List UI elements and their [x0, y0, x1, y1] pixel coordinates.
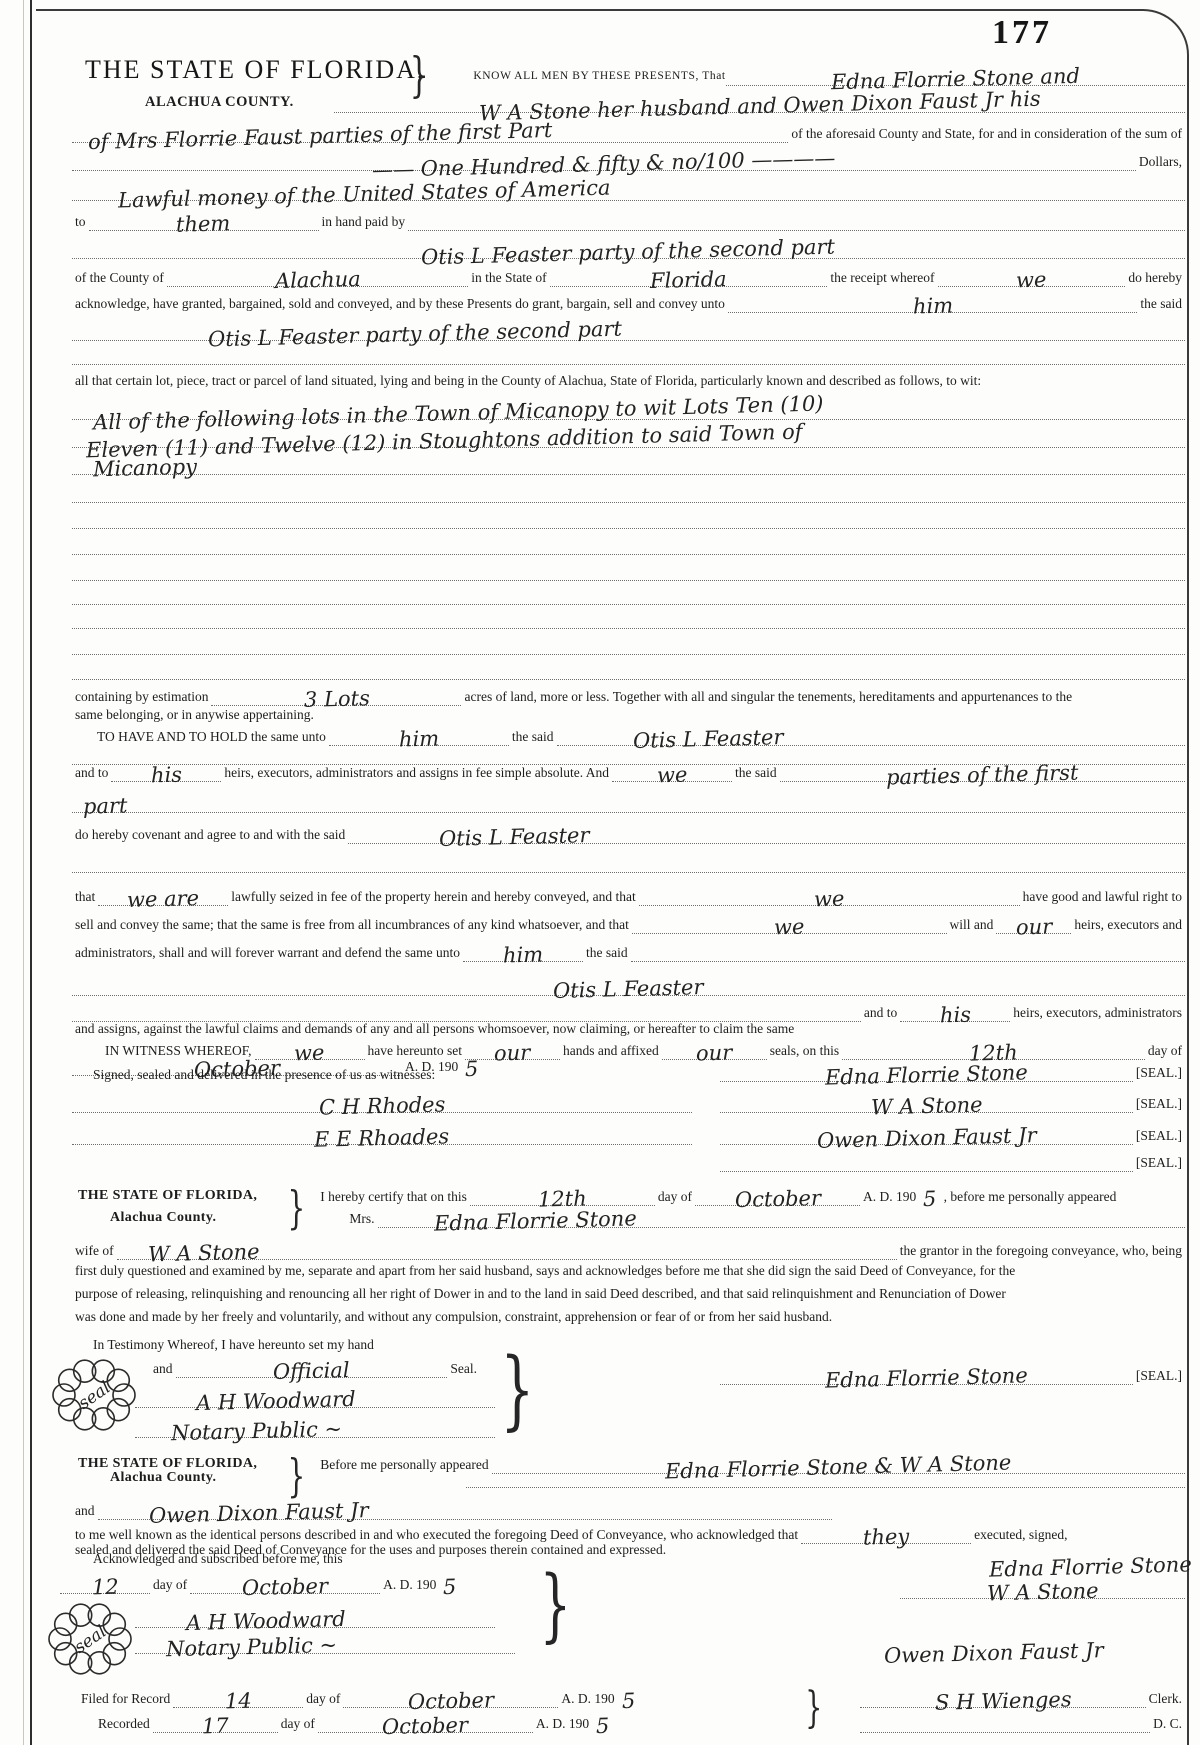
- printed-text: day of: [303, 1691, 343, 1708]
- printed-text: [SEAL.]: [1133, 1065, 1185, 1082]
- printed-text: D. C.: [1150, 1716, 1185, 1733]
- handwritten-entry-line: Notary Public ~: [135, 1421, 495, 1438]
- printed-text: in hand paid by: [319, 214, 409, 231]
- handwritten-entry-line: Micanopy: [72, 458, 1185, 475]
- form-brace: }: [540, 1556, 572, 1654]
- printed-text: Dollars,: [1136, 154, 1185, 171]
- form-line: THE STATE OF FLORIDA,KNOW ALL MEN BY THE…: [85, 48, 1185, 86]
- handwritten-entry: 5: [592, 1716, 614, 1738]
- handwritten-entry: W A Stone: [864, 1094, 988, 1118]
- handwritten-entry: W A Stone: [980, 1580, 1104, 1604]
- state-county-label: Alachua County.: [110, 1210, 216, 1228]
- form-line: Filed for Record14day ofOctoberA. D. 190…: [78, 1680, 778, 1708]
- printed-text: and: [72, 1503, 98, 1520]
- handwritten-entry-line: him: [728, 296, 1137, 313]
- form-line: Owen Dixon Faust Jr[SEAL.]: [720, 1117, 1185, 1145]
- form-line: Recorded17day ofOctoberA. D. 1905: [95, 1707, 778, 1733]
- page-number: 177: [992, 14, 1052, 52]
- form-line: Edna Florrie Stone: [985, 1550, 1185, 1574]
- form-line: [72, 652, 1185, 680]
- form-line: [72, 475, 1185, 503]
- form-line: Owen Dixon Faust Jr: [860, 1630, 1190, 1660]
- form-line: do hereby covenant and agree to and with…: [72, 816, 1185, 844]
- handwritten-entry-line: W A Stone: [117, 1243, 897, 1260]
- handwritten-entry-line: Notary Public ~: [135, 1637, 515, 1654]
- form-brace: }: [500, 1338, 534, 1443]
- form-line: wife ofW A Stonethe grantor in the foreg…: [72, 1232, 1185, 1260]
- handwritten-entry-line: October: [343, 1691, 558, 1708]
- printed-text: to: [72, 214, 89, 231]
- printed-text: Filed for Record: [78, 1691, 173, 1708]
- handwritten-entry-line: our: [996, 917, 1071, 934]
- handwritten-entry-line: of Mrs Florrie Faust parties of the firs…: [72, 126, 788, 143]
- form-line: of Mrs Florrie Faust parties of the firs…: [72, 115, 1185, 143]
- printed-text: of the aforesaid County and State, for a…: [788, 126, 1185, 143]
- handwritten-entry: 17: [196, 1715, 235, 1737]
- printed-text: Signed, sealed and delivered in the pres…: [90, 1067, 438, 1084]
- form-brace: }: [410, 46, 429, 104]
- form-line: Notary Public ~: [135, 1626, 515, 1654]
- handwritten-entry-line: them: [89, 214, 319, 231]
- state-county-label: Alachua County.: [110, 1470, 216, 1488]
- handwritten-entry-line: Owen Dixon Faust Jr: [98, 1503, 833, 1520]
- form-line: administrators, shall and will forever w…: [72, 934, 1185, 962]
- handwritten-entry-line: October: [190, 1577, 380, 1594]
- form-line: W A Stone[SEAL.]: [720, 1085, 1185, 1113]
- handwritten-entry-line: parties of the first: [780, 765, 1185, 782]
- form-line: thatwe arelawfully seized in fee of the …: [72, 878, 1185, 906]
- form-line: of the County ofAlachuain the State ofFl…: [72, 259, 1185, 287]
- form-line: Eleven (11) and Twelve (12) in Stoughton…: [72, 420, 1185, 448]
- printed-text: the grantor in the foregoing conveyance,…: [897, 1243, 1185, 1260]
- form-line: andOfficialSeal.: [150, 1350, 480, 1378]
- form-line: Signed, sealed and delivered in the pres…: [90, 1068, 650, 1084]
- printed-text: was done and made by her freely and volu…: [72, 1309, 835, 1326]
- form-line: Alachua County.: [110, 1462, 1185, 1488]
- handwritten-entry-line: Otis L Feaster: [348, 827, 1185, 844]
- handwritten-entry-line: E E Rhoades: [72, 1128, 692, 1145]
- printed-text: heirs, executors and: [1071, 917, 1185, 934]
- form-brace: }: [287, 1448, 305, 1503]
- printed-text: acknowledge, have granted, bargained, so…: [72, 296, 728, 313]
- printed-text: sell and convey the same; that the same …: [72, 917, 632, 934]
- form-line: W A Stone: [900, 1572, 1185, 1599]
- seal-scallop: [113, 1384, 135, 1406]
- handwritten-entry-line: 14: [173, 1691, 303, 1708]
- form-line: C H Rhodes: [72, 1085, 692, 1113]
- handwritten-entry-line: Otis L Feaster party of the second part: [72, 242, 1185, 259]
- form-line: [72, 527, 1185, 555]
- printed-text: administrators, shall and will forever w…: [72, 945, 463, 962]
- handwritten-entry-line: Otis L Feaster: [72, 979, 1185, 996]
- handwritten-entry-line: 12: [60, 1577, 150, 1594]
- form-line: part: [72, 785, 1185, 813]
- handwritten-entry-line: W A Stone: [900, 1582, 1185, 1599]
- binding-edge-line: [30, 0, 32, 1745]
- form-line: Micanopy: [72, 447, 1185, 475]
- printed-text: [SEAL.]: [1133, 1368, 1185, 1385]
- printed-text: first duly questioned and examined by me…: [72, 1263, 1018, 1280]
- form-line: [72, 627, 1185, 655]
- blank-ruled-line: [720, 1171, 1133, 1172]
- notary-seal: seal: [42, 1596, 138, 1682]
- printed-text: the said: [1137, 296, 1185, 313]
- printed-text: A. D. 190: [380, 1577, 439, 1594]
- handwritten-entry: Notary Public ~: [165, 1419, 349, 1445]
- handwritten-entry-line: 17: [153, 1716, 278, 1733]
- handwritten-entry-line: we are: [98, 889, 228, 906]
- handwritten-entry-line: October: [318, 1716, 533, 1733]
- form-line: and tohisheirs, executors, administrator…: [72, 754, 1185, 782]
- form-line: Notary Public ~: [135, 1410, 495, 1438]
- form-line: [72, 339, 1185, 365]
- county-heading: ALACHUA COUNTY.: [145, 94, 294, 113]
- form-line: Alachua County.Mrs.Edna Florrie Stone: [110, 1200, 1185, 1228]
- printed-text: Mrs.: [346, 1211, 377, 1228]
- handwritten-entry: Notary Public ~: [160, 1635, 344, 1661]
- handwritten-entry-line: we: [639, 889, 1020, 906]
- printed-text: containing by estimation: [72, 689, 211, 706]
- handwritten-entry-line: him: [463, 945, 583, 962]
- presents-heading: KNOW ALL MEN BY THESE PRESENTS, That: [473, 70, 725, 86]
- form-line: [72, 501, 1185, 529]
- handwritten-entry-line: Official: [176, 1361, 448, 1378]
- printed-text: heirs, executors, administrators and ass…: [221, 765, 612, 782]
- form-line: all that certain lot, piece, tract or pa…: [72, 372, 1185, 390]
- form-line: acknowledge, have granted, bargained, so…: [72, 285, 1185, 313]
- page-edge-shadow: [23, 0, 24, 1745]
- seal-scallop: [109, 1628, 131, 1650]
- handwritten-entry-line: W A Stone her husband and Owen Dixon Fau…: [334, 96, 1185, 113]
- handwritten-entry-line: C H Rhodes: [72, 1096, 692, 1113]
- handwritten-entry: part: [77, 795, 134, 817]
- seal-scallop: [53, 1384, 75, 1406]
- form-line: and tohisheirs, executors, administrator…: [72, 996, 1185, 1022]
- printed-text: [SEAL.]: [1133, 1155, 1185, 1172]
- form-line: ALACHUA COUNTY.W A Stone her husband and…: [145, 85, 1185, 113]
- blank-ruled-line: [631, 961, 1185, 962]
- handwritten-entry-line: we: [632, 917, 947, 934]
- printed-text: wife of: [72, 1243, 117, 1260]
- printed-text: A. D. 190: [533, 1716, 592, 1733]
- form-line: Lawful money of the United States of Ame…: [72, 173, 1185, 201]
- form-line: [72, 601, 1185, 629]
- blank-ruled-line: [860, 1732, 1150, 1733]
- printed-text: A. D. 190: [558, 1691, 617, 1708]
- seal-scallop: [49, 1628, 71, 1650]
- handwritten-entry-line: Edna Florrie Stone: [378, 1211, 1186, 1228]
- printed-text: purpose of releasing, relinquishing and …: [72, 1286, 1009, 1303]
- handwritten-entry-line: Lawful money of the United States of Ame…: [72, 184, 1185, 201]
- form-line: A H Woodward: [135, 1600, 495, 1628]
- printed-text: all that certain lot, piece, tract or pa…: [72, 373, 984, 390]
- handwritten-entry-line: Edna Florrie Stone: [720, 1368, 1133, 1385]
- printed-text: Recorded: [95, 1716, 153, 1733]
- printed-text: will and: [947, 917, 997, 934]
- blank-ruled-line: [466, 1487, 1185, 1488]
- state-title: THE STATE OF FLORIDA,: [85, 55, 425, 86]
- printed-text: that: [72, 889, 98, 906]
- printed-text: and: [150, 1361, 176, 1378]
- form-line: andOwen Dixon Faust Jr: [72, 1492, 832, 1520]
- form-line: A H Woodward: [135, 1380, 495, 1408]
- form-line: [SEAL.]: [720, 1144, 1185, 1172]
- printed-text: executed, signed,: [971, 1527, 1070, 1544]
- handwritten-entry: E E Rhoades: [308, 1126, 456, 1151]
- form-line: tothemin hand paid by: [72, 203, 1185, 231]
- handwritten-entry: Edna Florrie Stone: [427, 1208, 642, 1235]
- form-line: containing by estimation3 Lotsacres of l…: [72, 678, 1185, 706]
- printed-text: acres of land, more or less. Together wi…: [461, 689, 1075, 706]
- handwritten-entry: October: [376, 1715, 474, 1739]
- form-line: Edna Florrie Stone[SEAL.]: [720, 1357, 1185, 1385]
- form-line: E E Rhoades: [72, 1117, 692, 1145]
- blank-ruled-line: [72, 872, 1185, 873]
- form-line: Otis L Feaster party of the second part: [72, 313, 1185, 341]
- handwritten-entry-line: we: [612, 765, 732, 782]
- handwritten-entry-line: —— One Hundred & fifty & no/100 ————: [72, 154, 1136, 171]
- handwritten-entry-line: Owen Dixon Faust Jr: [720, 1128, 1133, 1145]
- form-line: purpose of releasing, relinquishing and …: [72, 1285, 1185, 1303]
- handwritten-entry-line: A H Woodward: [135, 1391, 495, 1408]
- printed-text: [SEAL.]: [1133, 1128, 1185, 1145]
- handwritten-entry-line: 3 Lots: [211, 689, 461, 706]
- form-line: D. C.: [860, 1707, 1185, 1733]
- handwritten-entry: him: [497, 944, 550, 966]
- printed-text: the said: [583, 945, 631, 962]
- form-line: S H WiengesClerk.: [860, 1680, 1185, 1708]
- form-line: 12day ofOctoberA. D. 1905: [60, 1566, 540, 1594]
- form-line: was done and made by her freely and volu…: [72, 1308, 1185, 1326]
- handwritten-entry-line: Eleven (11) and Twelve (12) in Stoughton…: [72, 431, 1185, 448]
- printed-text: Seal.: [447, 1361, 480, 1378]
- handwritten-entry: 5: [439, 1577, 461, 1599]
- printed-text: day of: [150, 1577, 190, 1594]
- printed-text: and to: [72, 765, 111, 782]
- blank-ruled-line: [72, 364, 1185, 365]
- handwritten-entry-line: Edna Florrie Stone: [720, 1065, 1133, 1082]
- printed-text: do hereby covenant and agree to and with…: [72, 827, 348, 844]
- handwritten-entry-line: part: [72, 796, 1185, 813]
- printed-text: day of: [278, 1716, 318, 1733]
- form-line: Otis L Feaster: [72, 966, 1185, 996]
- printed-text: have good and lawful right to: [1020, 889, 1185, 906]
- form-line: Otis L Feaster party of the second part: [72, 231, 1185, 259]
- form-line: All of the following lots in the Town of…: [72, 392, 1185, 420]
- form-line: first duly questioned and examined by me…: [72, 1262, 1185, 1280]
- handwritten-entry-line: All of the following lots in the Town of…: [72, 403, 1185, 420]
- printed-text: the said: [732, 765, 780, 782]
- form-line: Edna Florrie Stone[SEAL.]: [720, 1054, 1185, 1082]
- handwritten-entry: Edna Florrie Stone: [819, 1365, 1034, 1392]
- printed-text: Clerk.: [1146, 1691, 1185, 1708]
- handwritten-entry: October: [236, 1576, 334, 1600]
- handwritten-entry: C H Rhodes: [313, 1094, 452, 1119]
- handwritten-entry: his: [145, 764, 189, 786]
- form-brace: }: [287, 1180, 305, 1235]
- deed-record-page: 177 THE STATE OF FLORIDA,KNOW ALL MEN BY…: [0, 0, 1200, 1745]
- form-line: [72, 845, 1185, 873]
- form-line: —— One Hundred & fifty & no/100 ————Doll…: [72, 143, 1185, 171]
- handwritten-entry-line: his: [111, 765, 221, 782]
- handwritten-entry-line: W A Stone: [720, 1096, 1133, 1113]
- form-brace: }: [805, 1682, 822, 1734]
- handwritten-entry-line: S H Wienges: [860, 1691, 1146, 1708]
- notary-seal: seal: [46, 1352, 142, 1438]
- printed-text: [SEAL.]: [1133, 1096, 1185, 1113]
- printed-text: lawfully seized in fee of the property h…: [228, 889, 638, 906]
- handwritten-entry: we: [651, 764, 694, 786]
- handwritten-entry-line: they: [801, 1527, 971, 1544]
- form-line: sell and convey the same; that the same …: [72, 906, 1185, 934]
- handwritten-entry-line: Edna Florrie Stone and: [726, 69, 1185, 86]
